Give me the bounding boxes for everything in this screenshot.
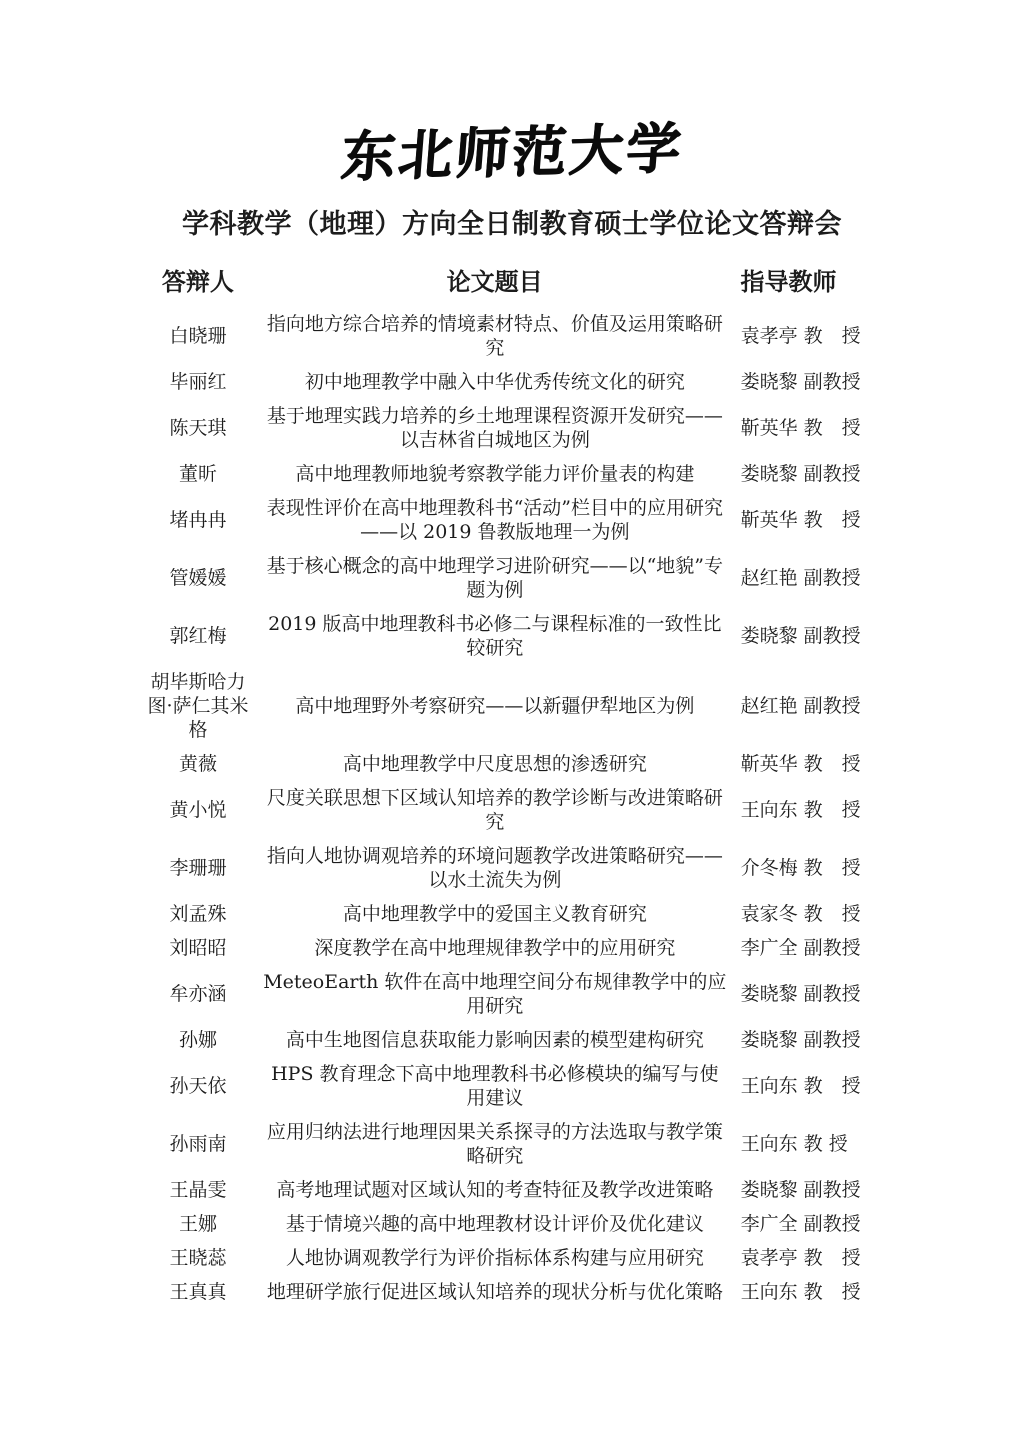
table-row: 王晶雯 高考地理试题对区域认知的考查特征及教学改进策略 娄晓黎 副教授 (133, 1173, 884, 1207)
defender-name: 孙天依 (133, 1074, 263, 1098)
advisor-name: 娄晓黎 副教授 (741, 624, 884, 648)
table-row: 牟亦涵 MeteoEarth 软件在高中地理空间分布规律教学中的应用研究 娄晓黎… (133, 965, 884, 1023)
table-row: 郭红梅 2019 版高中地理教科书必修二与课程标准的一致性比较研究 娄晓黎 副教… (133, 607, 884, 665)
advisor-name: 王向东 教 授 (741, 1132, 884, 1156)
thesis-title: 初中地理教学中融入中华优秀传统文化的研究 (263, 370, 727, 394)
thesis-title: 高中地理野外考察研究——以新疆伊犁地区为例 (263, 694, 727, 718)
table-row: 李珊珊 指向人地协调观培养的环境问题教学改进策略研究——以水土流失为例 介冬梅 … (133, 839, 884, 897)
defender-name: 王娜 (133, 1212, 263, 1236)
defender-name: 郭红梅 (133, 624, 263, 648)
table-row: 董昕 高中地理教师地貌考察教学能力评价量表的构建 娄晓黎 副教授 (133, 457, 884, 491)
defender-name: 孙雨南 (133, 1132, 263, 1156)
defender-name: 刘孟殊 (133, 902, 263, 926)
table-row: 胡毕斯哈力图·萨仁其米格 高中地理野外考察研究——以新疆伊犁地区为例 赵红艳 副… (133, 665, 884, 747)
table-row: 陈天琪 基于地理实践力培养的乡土地理课程资源开发研究——以吉林省白城地区为例 靳… (133, 399, 884, 457)
thesis-title: 应用归纳法进行地理因果关系探寻的方法选取与教学策略研究 (263, 1120, 727, 1168)
defender-name: 牟亦涵 (133, 982, 263, 1006)
defender-name: 黄小悦 (133, 798, 263, 822)
table-row: 黄薇 高中地理教学中尺度思想的渗透研究 靳英华 教 授 (133, 747, 884, 781)
advisor-name: 娄晓黎 副教授 (741, 370, 884, 394)
advisor-name: 赵红艳 副教授 (741, 566, 884, 590)
table-row: 孙雨南 应用归纳法进行地理因果关系探寻的方法选取与教学策略研究 王向东 教 授 (133, 1115, 884, 1173)
advisor-name: 娄晓黎 副教授 (741, 462, 884, 486)
document-page: 东北师范大学 学科教学（地理）方向全日制教育硕士学位论文答辩会 答辩人 论文题目… (0, 0, 1024, 1440)
advisor-name: 王向东 教 授 (741, 1280, 884, 1304)
advisor-name: 赵红艳 副教授 (741, 694, 884, 718)
thesis-title: HPS 教育理念下高中地理教科书必修模块的编写与使用建议 (263, 1062, 727, 1110)
university-logo: 东北师范大学 (0, 98, 1024, 211)
advisor-name: 娄晓黎 副教授 (741, 982, 884, 1006)
defender-name: 孙娜 (133, 1028, 263, 1052)
thesis-title: MeteoEarth 软件在高中地理空间分布规律教学中的应用研究 (263, 970, 727, 1018)
thesis-title: 指向人地协调观培养的环境问题教学改进策略研究——以水土流失为例 (263, 844, 727, 892)
defender-name: 毕丽红 (133, 370, 263, 394)
defender-name: 王晶雯 (133, 1178, 263, 1202)
thesis-title: 尺度关联思想下区域认知培养的教学诊断与改进策略研究 (263, 786, 727, 834)
thesis-title: 表现性评价在高中地理教科书“活动”栏目中的应用研究——以 2019 鲁教版地理一… (263, 496, 727, 544)
defender-name: 李珊珊 (133, 856, 263, 880)
defender-name: 董昕 (133, 462, 263, 486)
defender-name: 刘昭昭 (133, 936, 263, 960)
table-row: 白晓珊 指向地方综合培养的情境素材特点、价值及运用策略研究 袁孝亭 教 授 (133, 307, 884, 365)
thesis-title: 人地协调观教学行为评价指标体系构建与应用研究 (263, 1246, 727, 1270)
table-header-row: 答辩人 论文题目 指导教师 (133, 262, 884, 297)
advisor-name: 袁孝亭 教 授 (741, 324, 884, 348)
advisor-name: 靳英华 教 授 (741, 752, 884, 776)
thesis-title: 深度教学在高中地理规律教学中的应用研究 (263, 936, 727, 960)
table-row: 堵冉冉 表现性评价在高中地理教科书“活动”栏目中的应用研究——以 2019 鲁教… (133, 491, 884, 549)
header-thesis-title: 论文题目 (263, 262, 727, 297)
thesis-title: 指向地方综合培养的情境素材特点、价值及运用策略研究 (263, 312, 727, 360)
defender-name: 胡毕斯哈力图·萨仁其米格 (133, 670, 263, 742)
table-row: 管媛媛 基于核心概念的高中地理学习进阶研究——以“地貌”专题为例 赵红艳 副教授 (133, 549, 884, 607)
header-advisor: 指导教师 (741, 262, 884, 297)
advisor-name: 娄晓黎 副教授 (741, 1178, 884, 1202)
defender-name: 陈天琪 (133, 416, 263, 440)
page-title: 学科教学（地理）方向全日制教育硕士学位论文答辩会 (0, 208, 1024, 242)
advisor-name: 靳英华 教 授 (741, 416, 884, 440)
defender-name: 黄薇 (133, 752, 263, 776)
advisor-name: 袁家冬 教 授 (741, 902, 884, 926)
thesis-title: 基于地理实践力培养的乡土地理课程资源开发研究——以吉林省白城地区为例 (263, 404, 727, 452)
thesis-title: 高中地理教学中尺度思想的渗透研究 (263, 752, 727, 776)
thesis-title: 基于情境兴趣的高中地理教材设计评价及优化建议 (263, 1212, 727, 1236)
advisor-name: 介冬梅 教 授 (741, 856, 884, 880)
defender-name: 管媛媛 (133, 566, 263, 590)
table-row: 王晓蕊 人地协调观教学行为评价指标体系构建与应用研究 袁孝亭 教 授 (133, 1241, 884, 1275)
table-row: 毕丽红 初中地理教学中融入中华优秀传统文化的研究 娄晓黎 副教授 (133, 365, 884, 399)
header-defender: 答辩人 (133, 262, 263, 297)
advisor-name: 王向东 教 授 (741, 798, 884, 822)
advisor-name: 王向东 教 授 (741, 1074, 884, 1098)
thesis-title: 高中地理教学中的爱国主义教育研究 (263, 902, 727, 926)
advisor-name: 娄晓黎 副教授 (741, 1028, 884, 1052)
table-row: 孙娜 高中生地图信息获取能力影响因素的模型建构研究 娄晓黎 副教授 (133, 1023, 884, 1057)
thesis-title: 高中地理教师地貌考察教学能力评价量表的构建 (263, 462, 727, 486)
advisor-name: 袁孝亭 教 授 (741, 1246, 884, 1270)
defender-name: 王晓蕊 (133, 1246, 263, 1270)
thesis-title: 高考地理试题对区域认知的考查特征及教学改进策略 (263, 1178, 727, 1202)
table-row: 孙天依 HPS 教育理念下高中地理教科书必修模块的编写与使用建议 王向东 教 授 (133, 1057, 884, 1115)
advisor-name: 靳英华 教 授 (741, 508, 884, 532)
table-row: 王娜 基于情境兴趣的高中地理教材设计评价及优化建议 李广全 副教授 (133, 1207, 884, 1241)
defender-name: 白晓珊 (133, 324, 263, 348)
thesis-title: 高中生地图信息获取能力影响因素的模型建构研究 (263, 1028, 727, 1052)
table-row: 刘孟殊 高中地理教学中的爱国主义教育研究 袁家冬 教 授 (133, 897, 884, 931)
defender-name: 王真真 (133, 1280, 263, 1304)
advisor-name: 李广全 副教授 (741, 1212, 884, 1236)
thesis-title: 地理研学旅行促进区域认知培养的现状分析与优化策略 (263, 1280, 727, 1304)
defense-table: 答辩人 论文题目 指导教师 白晓珊 指向地方综合培养的情境素材特点、价值及运用策… (0, 262, 884, 1309)
thesis-title: 2019 版高中地理教科书必修二与课程标准的一致性比较研究 (263, 612, 727, 660)
defender-name: 堵冉冉 (133, 508, 263, 532)
advisor-name: 李广全 副教授 (741, 936, 884, 960)
table-row: 王真真 地理研学旅行促进区域认知培养的现状分析与优化策略 王向东 教 授 (133, 1275, 884, 1309)
table-body: 白晓珊 指向地方综合培养的情境素材特点、价值及运用策略研究 袁孝亭 教 授 毕丽… (133, 307, 884, 1309)
table-row: 黄小悦 尺度关联思想下区域认知培养的教学诊断与改进策略研究 王向东 教 授 (133, 781, 884, 839)
thesis-title: 基于核心概念的高中地理学习进阶研究——以“地貌”专题为例 (263, 554, 727, 602)
table-row: 刘昭昭 深度教学在高中地理规律教学中的应用研究 李广全 副教授 (133, 931, 884, 965)
